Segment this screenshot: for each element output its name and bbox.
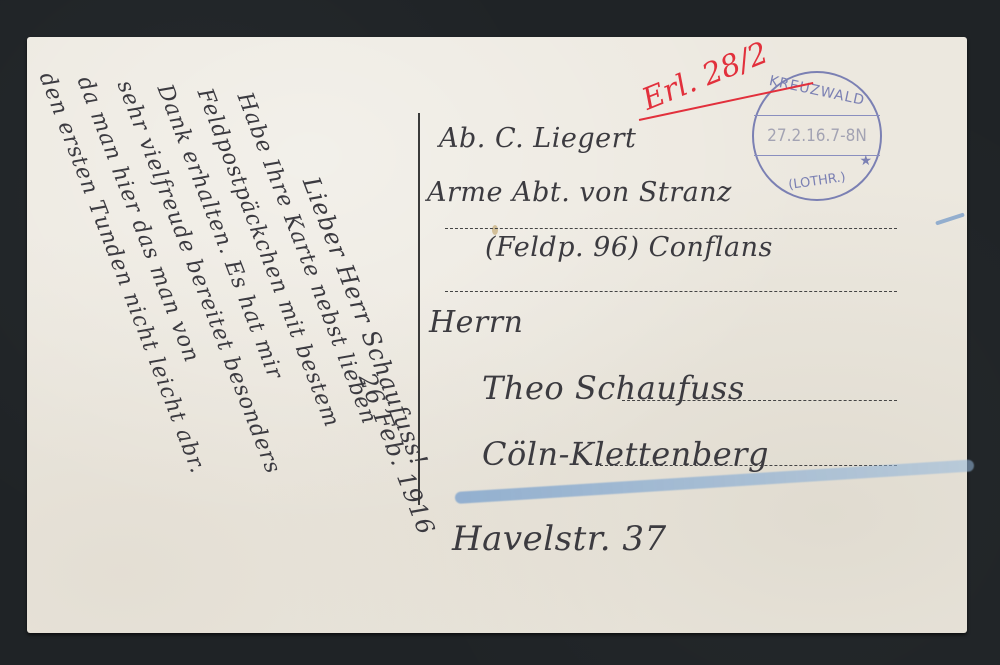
recipient-city: Cöln-Klettenberg [482, 435, 769, 473]
blue-crayon-tick [935, 212, 965, 225]
sender-line-2: Arme Abt. von Stranz [427, 177, 732, 208]
postmark-date: 27.2.16.7-8N [754, 126, 880, 146]
postcard: 26 Feb. 1916 Lieber Herr Schaufuss! Habe… [27, 37, 967, 633]
recipient-name: Theo Schaufuss [482, 369, 745, 407]
address-line-2 [445, 291, 897, 292]
star-icon: ★ [859, 153, 872, 169]
address-divider [418, 113, 420, 505]
recipient-street: Havelstr. 37 [452, 519, 667, 559]
sender-line-1: Ab. C. Liegert [439, 123, 636, 154]
sender-line-3: (Feldp. 96) Conflans [485, 232, 773, 263]
postmark-bar-top [754, 115, 880, 116]
address-line-1 [445, 228, 897, 229]
postmark-region: (LOTHR.) [754, 165, 881, 197]
recipient-salutation: Herrn [429, 305, 523, 340]
